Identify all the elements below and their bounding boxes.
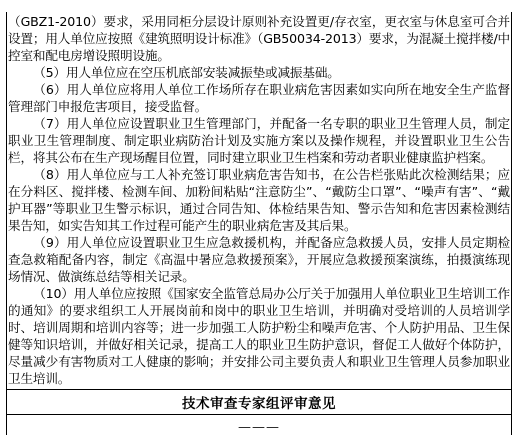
- review-section-header: 技术审查专家组评审意见: [7, 389, 511, 414]
- review-section-placeholder: ———: [238, 420, 280, 435]
- paragraph-item-10: （10）用人单位应按照《国家安全监管总局办公厅关于加强用人单位职业卫生培训工作的…: [8, 285, 510, 387]
- rectification-measures-cell: （GBZ1-2010）要求，采用同柜分层设计原则补充设置更/存衣室，更衣室与休息…: [7, 12, 511, 389]
- paragraph-continuation: （GBZ1-2010）要求，采用同柜分层设计原则补充设置更/存衣室，更衣室与休息…: [8, 13, 510, 64]
- paragraph-item-6: （6）用人单位应将用人单位工作场所存在职业病危害因素如实向所在地安全生产监督管理…: [8, 81, 510, 115]
- paragraph-item-5: （5）用人单位应在空压机底部安装减振垫或减振基础。: [8, 64, 510, 81]
- paragraph-item-7: （7）用人单位应设置职业卫生管理部门，并配备一名专职的职业卫生管理人员，制定职业…: [8, 115, 510, 166]
- document-table: （GBZ1-2010）要求，采用同柜分层设计原则补充设置更/存衣室，更衣室与休息…: [6, 12, 512, 435]
- review-section-title: 技术审查专家组评审意见: [182, 392, 336, 412]
- review-section-content: ———: [7, 414, 511, 435]
- paragraph-item-9: （9）用人单位应设置职业卫生应急救援机构，并配备应急救援人员，安排人员定期检查急…: [8, 234, 510, 285]
- paragraph-item-8: （8）用人单位应与工人补充签订职业病危害告知书，在公告栏张贴此次检测结果；应在分…: [8, 166, 510, 234]
